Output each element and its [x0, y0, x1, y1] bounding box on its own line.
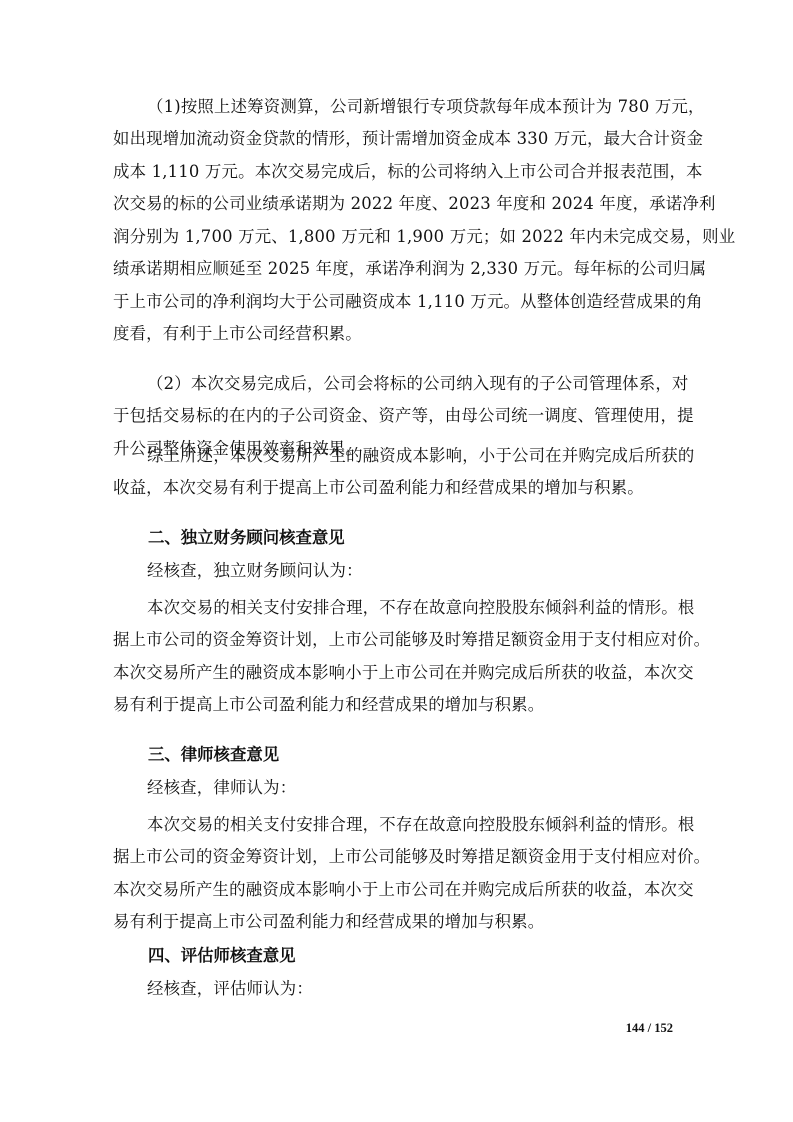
text-line: 据上市公司的资金筹资计划，上市公司能够及时筹措足额资金用于支付相应对价。: [113, 845, 679, 869]
text-line: 综上所述，本次交易所产生的融资成本影响，小于公司在并购完成后所获的: [147, 444, 679, 468]
section-heading: 三、律师核查意见: [148, 743, 279, 767]
text-line: （1)按照上述筹资测算，公司新增银行专项贷款每年成本预计为 780 万元，: [147, 95, 679, 119]
text-line: 易有利于提高上市公司盈利能力和经营成果的增加与积累。: [113, 910, 679, 934]
text-line: 收益，本次交易有利于提高上市公司盈利能力和经营成果的增加与积累。: [113, 476, 679, 500]
section-intro: 经核查，律师认为：: [147, 776, 679, 800]
text-line: 于包括交易标的在内的子公司资金、资产等，由母公司统一调度、管理使用，提: [113, 404, 679, 428]
text-line: 本次交易所产生的融资成本影响小于上市公司在并购完成后所获的收益，本次交: [113, 878, 679, 902]
text-line: 次交易的标的公司业绩承诺期为 2022 年度、2023 年度和 2024 年度，…: [113, 192, 679, 216]
section-heading: 四、评估师核查意见: [148, 944, 296, 968]
text-line: 润分别为 1,700 万元、1,800 万元和 1,900 万元；如 2022 …: [113, 225, 679, 249]
text-line: 本次交易的相关支付安排合理，不存在故意向控股股东倾斜利益的情形。根: [147, 596, 679, 620]
text-line: 如出现增加流动资金贷款的情形，预计需增加资金成本 330 万元，最大合计资金: [113, 127, 679, 151]
section-intro: 经核查，独立财务顾问认为：: [147, 559, 679, 583]
text-line: 据上市公司的资金筹资计划，上市公司能够及时筹措足额资金用于支付相应对价。: [113, 628, 679, 652]
text-line: 绩承诺期相应顺延至 2025 年度，承诺净利润为 2,330 万元。每年标的公司…: [113, 257, 679, 281]
text-line: 本次交易的相关支付安排合理，不存在故意向控股股东倾斜利益的情形。根: [147, 813, 679, 837]
text-line: 成本 1,110 万元。本次交易完成后，标的公司将纳入上市公司合并报表范围，本: [113, 160, 679, 184]
text-line: 易有利于提高上市公司盈利能力和经营成果的增加与积累。: [113, 693, 679, 717]
section-intro: 经核查，评估师认为：: [147, 977, 679, 1001]
text-line: （2）本次交易完成后，公司会将标的公司纳入现有的子公司管理体系，对: [147, 372, 679, 396]
text-line: 本次交易所产生的融资成本影响小于上市公司在并购完成后所获的收益，本次交: [113, 661, 679, 685]
section-heading: 二、独立财务顾问核查意见: [148, 526, 345, 550]
text-line: 度看，有利于上市公司经营积累。: [113, 322, 679, 346]
page-number: 144 / 152: [626, 1021, 673, 1036]
text-line: 于上市公司的净利润均大于公司融资成本 1,110 万元。从整体创造经营成果的角: [113, 290, 679, 314]
document-page: （1)按照上述筹资测算，公司新增银行专项贷款每年成本预计为 780 万元， 如出…: [0, 0, 793, 1122]
